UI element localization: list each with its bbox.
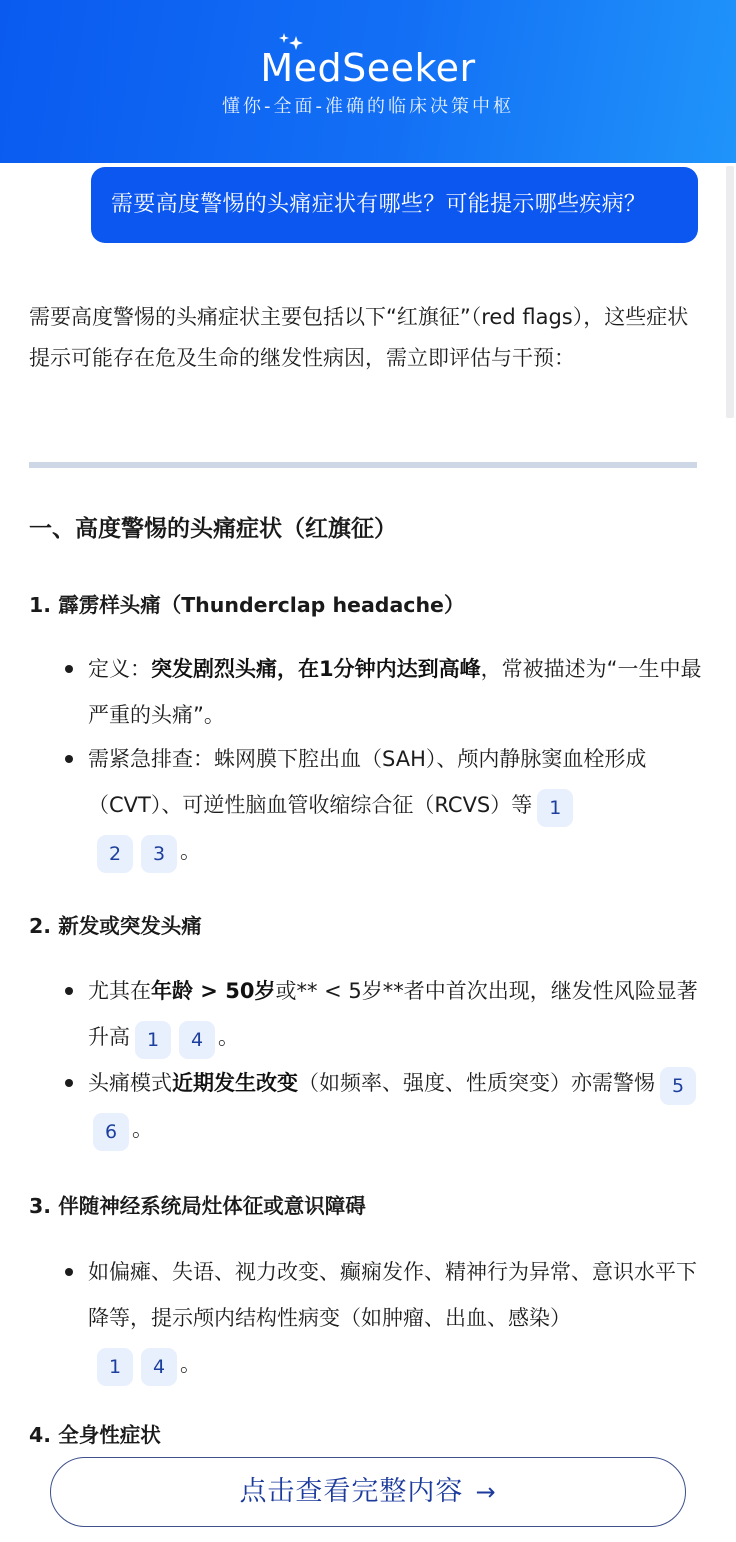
bullet-end-punct: 。 — [180, 839, 201, 863]
citation-badge[interactable]: 1 — [135, 1021, 171, 1059]
bullet-end-punct: 。 — [132, 1117, 153, 1141]
list-item: 如偏瘫、失语、视力改变、癫痫发作、精神行为异常、意识水平下降等，提示颅内结构性病… — [64, 1249, 704, 1387]
list-item: 定义：突发剧烈头痛，在1分钟内达到高峰，常被描述为“一生中最严重的头痛”。 — [64, 646, 704, 738]
scrollbar-thumb[interactable] — [726, 166, 734, 418]
answer-intro: 需要高度警惕的头痛症状主要包括以下“红旗征”（red flags），这些症状提示… — [29, 297, 699, 379]
citation-badge[interactable]: 2 — [97, 835, 133, 873]
arrow-right-icon: → — [475, 1478, 496, 1506]
item-title: 1. 霹雳样头痛（Thunderclap headache） — [29, 587, 464, 623]
citation-badge[interactable]: 4 — [141, 1348, 177, 1386]
citation-badge[interactable]: 1 — [537, 789, 573, 827]
bullet-dot — [65, 755, 73, 763]
citation-badge[interactable]: 3 — [141, 835, 177, 873]
citation-badge[interactable]: 1 — [97, 1348, 133, 1386]
citation-badge[interactable]: 4 — [179, 1021, 215, 1059]
citation-badge[interactable]: 6 — [93, 1113, 129, 1151]
bullet-dot — [65, 665, 73, 673]
bullet-text: 尤其在 — [88, 979, 151, 1003]
brand-logo: MedSeeker — [0, 46, 736, 90]
list-item: 头痛模式近期发生改变（如频率、强度、性质突变）亦需警惕56。 — [64, 1060, 704, 1152]
list-item: 尤其在年龄 > 50岁或** < 5岁**者中首次出现，继发性风险显著升高14。 — [64, 968, 704, 1060]
bullet-text: （如频率、强度、性质突变）亦需警惕 — [298, 1071, 655, 1095]
section-divider — [29, 462, 697, 468]
bullet-bold-text: 突发剧烈头痛，在1分钟内达到高峰 — [151, 657, 481, 681]
bullet-dot — [65, 1268, 73, 1276]
bullet-text: 定义： — [88, 657, 151, 681]
bullet-text: 头痛模式 — [88, 1071, 172, 1095]
item-title: 4. 全身性症状 — [29, 1417, 161, 1453]
item-title: 3. 伴随神经系统局灶体征或意识障碍 — [29, 1188, 366, 1224]
section-title: 一、高度警惕的头痛症状（红旗征） — [29, 509, 397, 549]
view-full-label: 点击查看完整内容 — [239, 1476, 463, 1507]
sparkle-icon — [278, 32, 308, 52]
item-title: 2. 新发或突发头痛 — [29, 908, 202, 944]
app-header: MedSeeker 懂你-全面-准确的临床决策中枢 — [0, 0, 736, 163]
brand-name: MedSeeker — [260, 46, 475, 90]
bullet-bold-text: 年龄 > 50岁 — [151, 979, 275, 1003]
list-item: 需紧急排查：蛛网膜下腔出血（SAH）、颅内静脉窦血栓形成（CVT）、可逆性脑血管… — [64, 736, 704, 874]
bullet-dot — [65, 1079, 73, 1087]
chat-page: MedSeeker 懂你-全面-准确的临床决策中枢 需要高度警惕的头痛症状有哪些… — [0, 0, 736, 1542]
brand-tagline: 懂你-全面-准确的临床决策中枢 — [0, 95, 736, 119]
user-message-bubble: 需要高度警惕的头痛症状有哪些？可能提示哪些疾病？ — [91, 167, 698, 243]
bullet-end-punct: 。 — [180, 1352, 201, 1376]
bullet-bold-text: 近期发生改变 — [172, 1071, 298, 1095]
bullet-dot — [65, 987, 73, 995]
citation-badge[interactable]: 5 — [660, 1067, 696, 1105]
view-full-content-button[interactable]: 点击查看完整内容→ — [50, 1457, 686, 1527]
bullet-end-punct: 。 — [218, 1025, 239, 1049]
bullet-text: 如偏瘫、失语、视力改变、癫痫发作、精神行为异常、意识水平下降等，提示颅内结构性病… — [88, 1260, 697, 1330]
